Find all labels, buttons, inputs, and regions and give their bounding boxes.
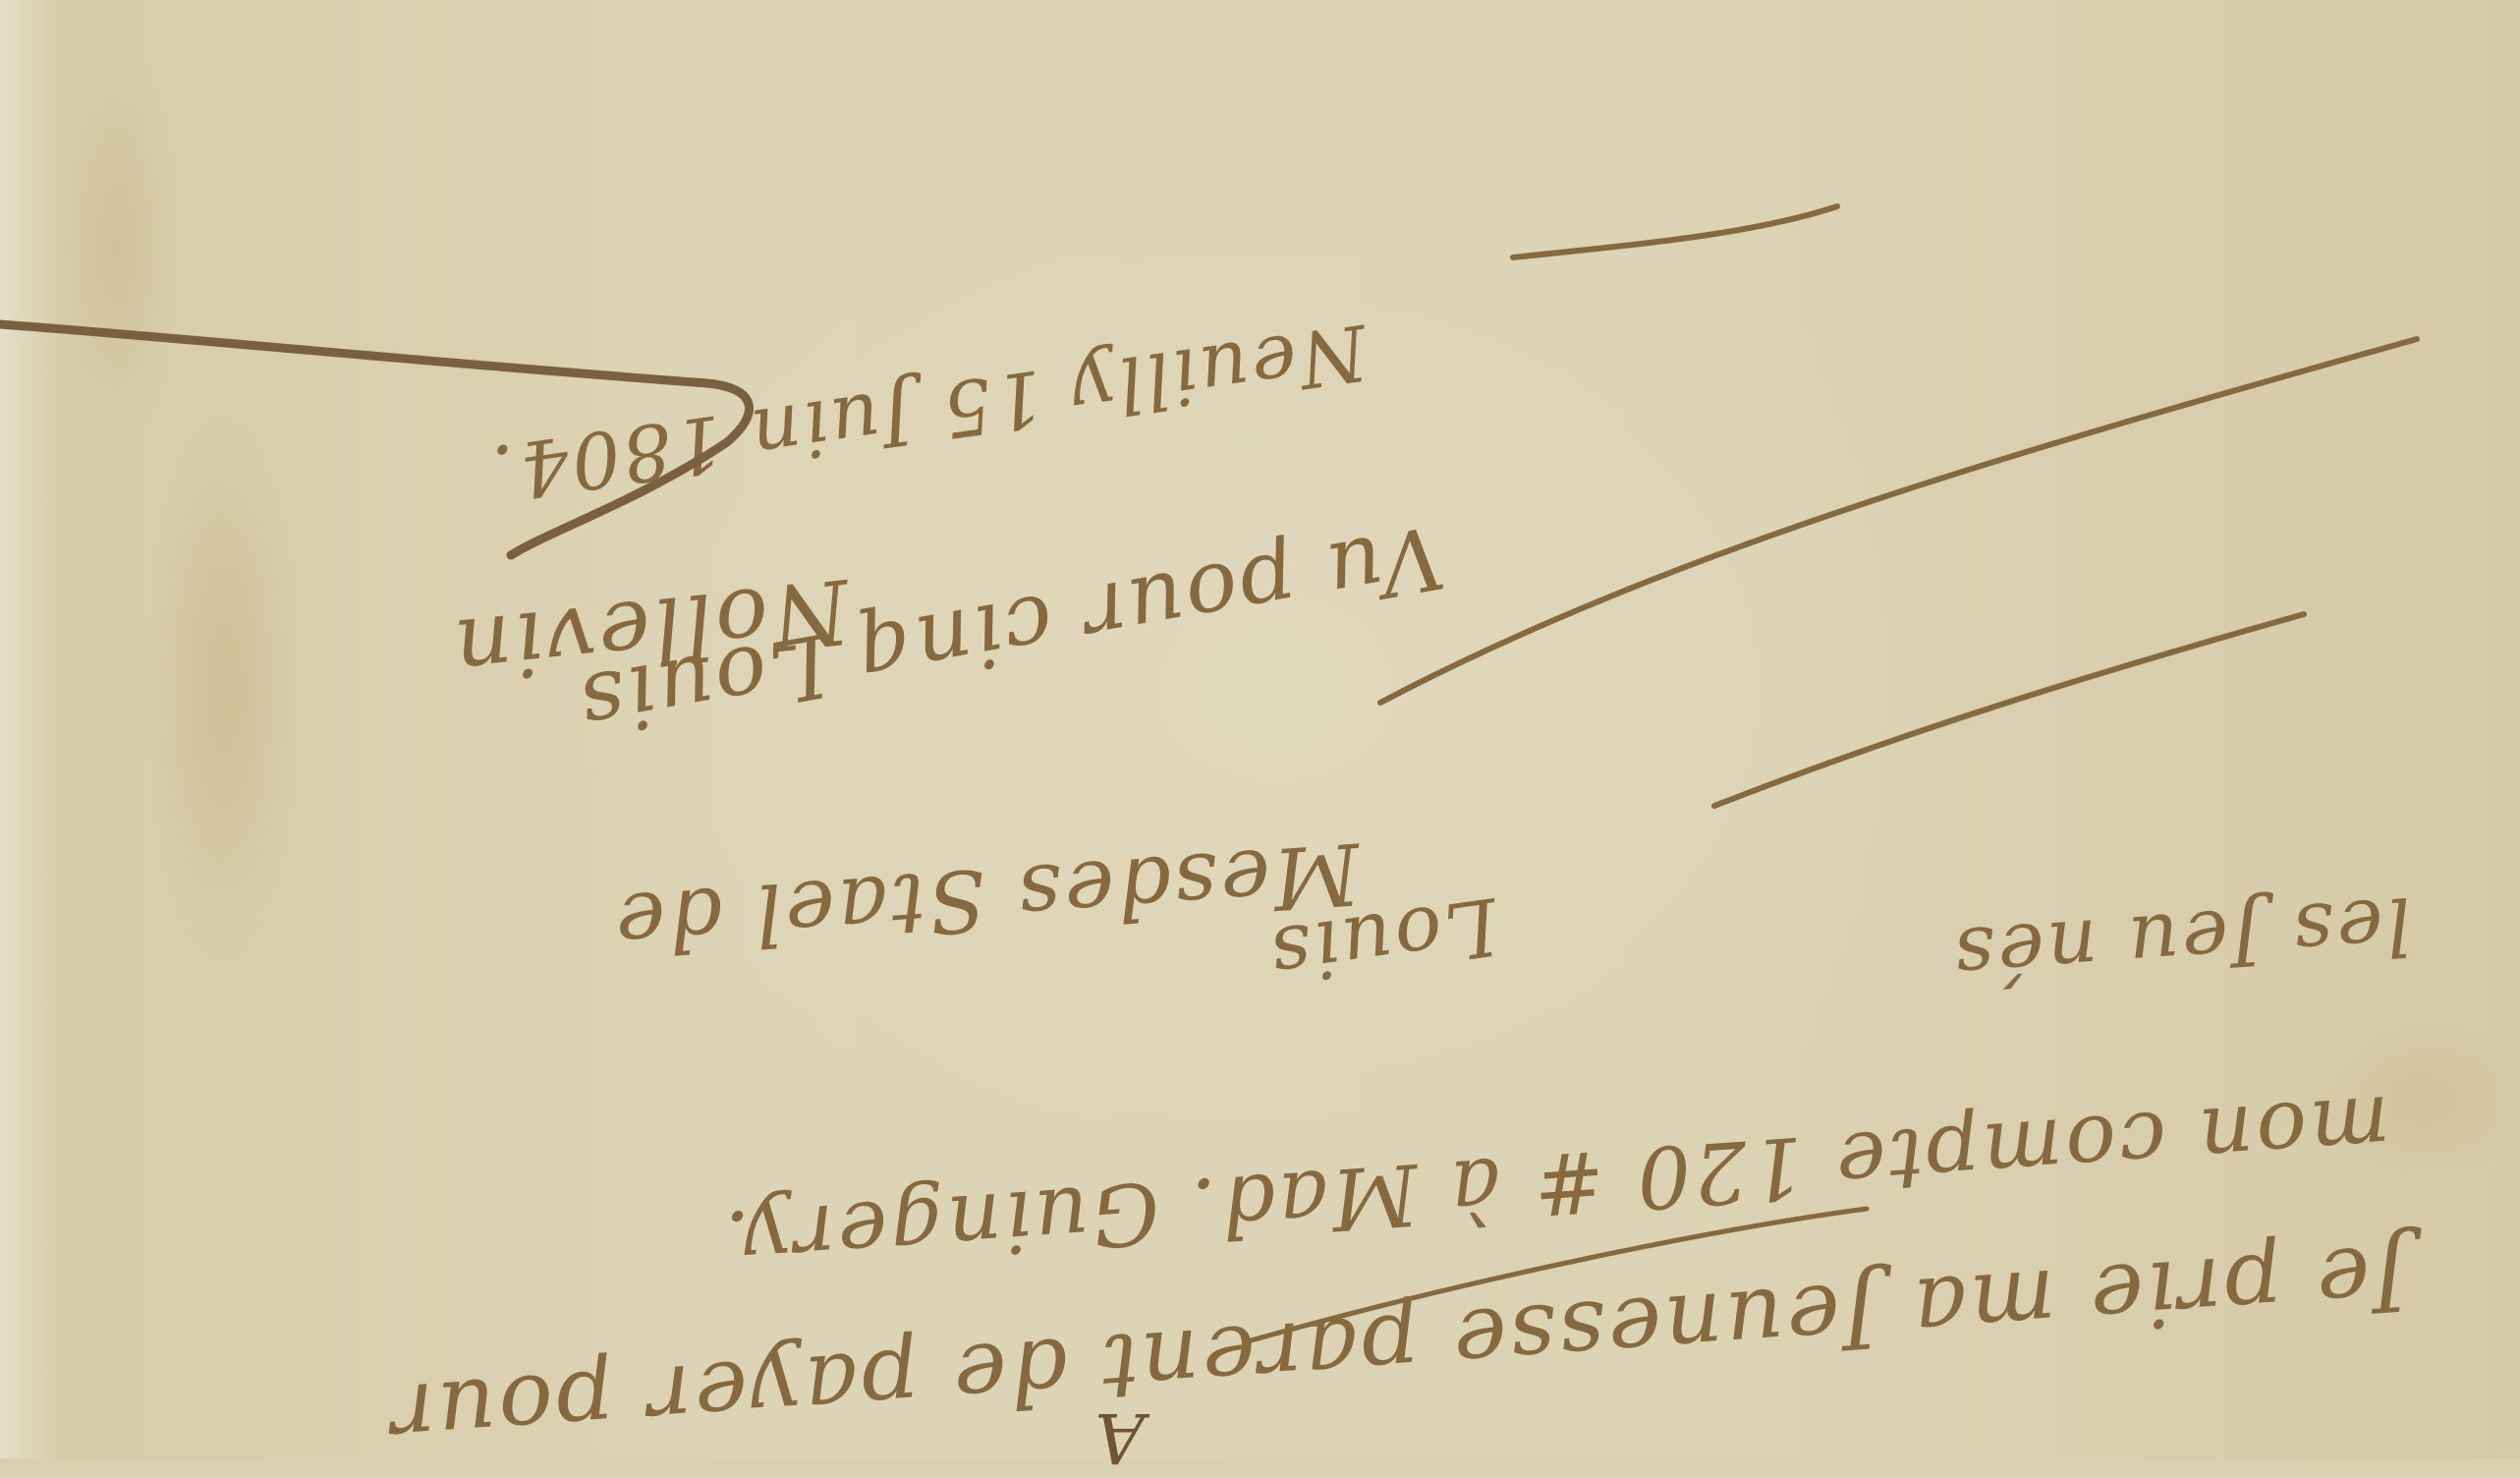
approval-box-lower	[1714, 614, 2304, 806]
date-rule-stroke	[1513, 206, 1837, 257]
bottom-underline-stroke	[1248, 1209, 1867, 1341]
flourish-stroke	[0, 324, 750, 555]
pen-strokes	[0, 0, 2520, 1458]
approval-box-upper	[1380, 339, 2417, 703]
